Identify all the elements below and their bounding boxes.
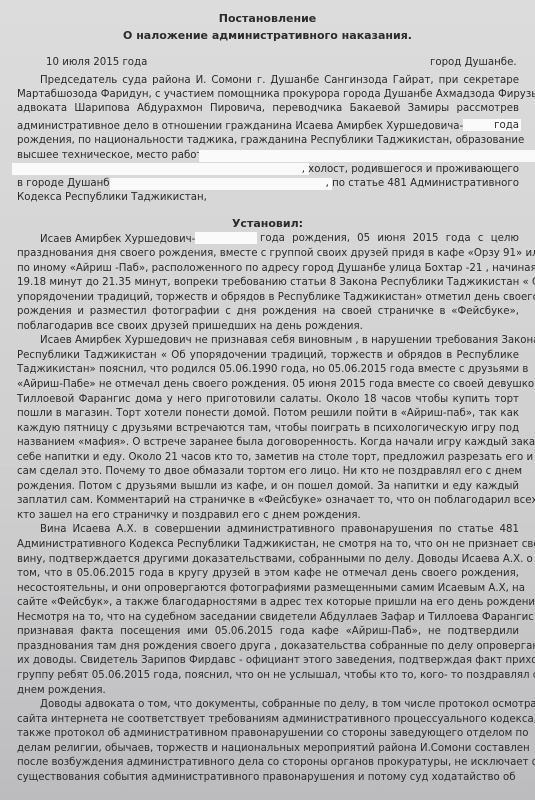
document-subtitle: О наложение административного наказания. [0, 29, 535, 42]
text-line: Кодекса Республики Таджикистан, [17, 191, 519, 205]
text-line: рождения, по национальности таджика, гра… [17, 134, 519, 148]
text-line: делам религии, обычаев, торжеств и нацио… [17, 742, 519, 756]
text-line: празднования дня своего рождения, вместе… [17, 247, 519, 261]
text-line: существования события административного … [17, 771, 519, 785]
text-line: рождения. Потом с друзьями вышли из кафе… [17, 480, 519, 494]
text-line-redacted: Исаев Амирбек Хуршедович- года рождения,… [40, 232, 519, 246]
document-page: Постановление О наложение административн… [0, 0, 535, 800]
document-title: Постановление [0, 12, 535, 25]
text-line: группу ребят 05.06.2015 года, пояснил, ч… [17, 669, 519, 683]
text-line: 19.18 минут до 21.35 минут, вопреки треб… [17, 276, 519, 290]
redaction-box [12, 163, 309, 175]
text-line-redacted: высшее техническое, место работы [17, 149, 519, 163]
text-line-redacted: в городе Душанбе , по статье 481 Админис… [17, 177, 519, 191]
text-line: адвоката Шарипова Абдурахмон Пировича, п… [17, 102, 519, 116]
text-line: «Айриш-Пабе» не отмечал день своего рожд… [17, 378, 519, 392]
text-line: поблагодарив все своих друзей пришедших … [17, 320, 519, 334]
text-line: каждую пятницу с друзьями встречаются та… [17, 422, 519, 436]
text-line: сам сделал это. Почему то двое обмазали … [17, 465, 519, 479]
text-line: их доводы. Свидетель Зарипов Фирдавс - о… [17, 654, 519, 668]
text-line: кто зашел на его страничку и поздравил е… [17, 509, 519, 523]
text-line: сайта интернета не соответствует требова… [17, 713, 519, 727]
text-line-redacted: административное дело в отношении гражда… [17, 119, 519, 133]
redaction-box [110, 178, 332, 190]
text-line: несостоятельны, и они опровергаются фото… [17, 582, 519, 596]
text-line: Доводы адвоката о том, что документы, со… [40, 698, 519, 712]
text-line: днем рождения. [17, 684, 519, 698]
redaction-box [195, 232, 257, 244]
text-line: признавая факта посещения ими 05.06.2015… [17, 625, 519, 639]
text-line: Тиллоевой Фарангис дома у него приготови… [17, 393, 519, 407]
text-fragment: высшее техническое, место работы [17, 150, 210, 161]
text-fragment: , холост, родившегося и проживающего [302, 163, 519, 177]
section-heading: Установил: [0, 217, 535, 230]
text-line: после возбуждения административного дела… [17, 756, 519, 770]
text-line: себе напитки и еду. Около 21 часов кто т… [17, 451, 519, 465]
text-line: сайте «Фейсбук», а также благодарностями… [17, 596, 519, 610]
text-line: рождения и разместил фотографии с дня ро… [17, 305, 519, 319]
text-line-redacted: , холост, родившегося и проживающего [12, 163, 519, 177]
text-fragment: года [494, 119, 519, 133]
text-line: заплатил сам. Комментарий на страничке в… [17, 494, 519, 508]
text-fragment: в городе Душанбе [17, 178, 116, 189]
text-line: Вина Исаева А.Х. в совершении администра… [40, 523, 519, 537]
redaction-box [199, 150, 535, 162]
text-fragment: года рождения, 05 июня 2015 года с целю [260, 232, 519, 246]
text-line: пошли в магазин. Торт хотели понести дом… [17, 407, 519, 421]
document-city: город Душанбе. [430, 57, 517, 68]
text-fragment: Исаев Амирбек Хуршедович- [40, 234, 195, 245]
text-line: Исаев Амирбек Хуршедович не признавая се… [40, 334, 519, 348]
text-fragment: , по статье 481 Административного [326, 177, 519, 191]
document-date: 10 июля 2015 года [46, 57, 147, 68]
text-line: по иному «Айриш -Паб», расположенного по… [17, 262, 519, 276]
text-line: упорядочении традиций, торжеств и обрядо… [17, 291, 519, 305]
text-fragment: административное дело в отношении гражда… [17, 121, 463, 132]
text-line: Председатель суда района И. Сомони г. Ду… [40, 74, 519, 88]
text-line: Республики Таджикистан « Об упорядочении… [17, 349, 519, 363]
text-line: Административного Кодекса Республики Тад… [17, 538, 519, 552]
text-line: Таджикистан» пояснил, что родился 05.06.… [17, 363, 519, 377]
text-line: Несмотря на то, что на судебном заседани… [17, 611, 519, 625]
text-line: празднования там дня рождения своего дру… [17, 640, 519, 654]
text-line: также протокол об административном право… [17, 727, 519, 741]
text-line: Мартабшозода Фаридун, с участием помощни… [17, 88, 519, 102]
text-line: том, что в 05.06.2015 года в кругу друзе… [17, 567, 519, 581]
text-line: вину, подтверждается другими доказательс… [17, 553, 519, 567]
text-line: названием «мафия». О встрече заранее был… [17, 436, 519, 450]
